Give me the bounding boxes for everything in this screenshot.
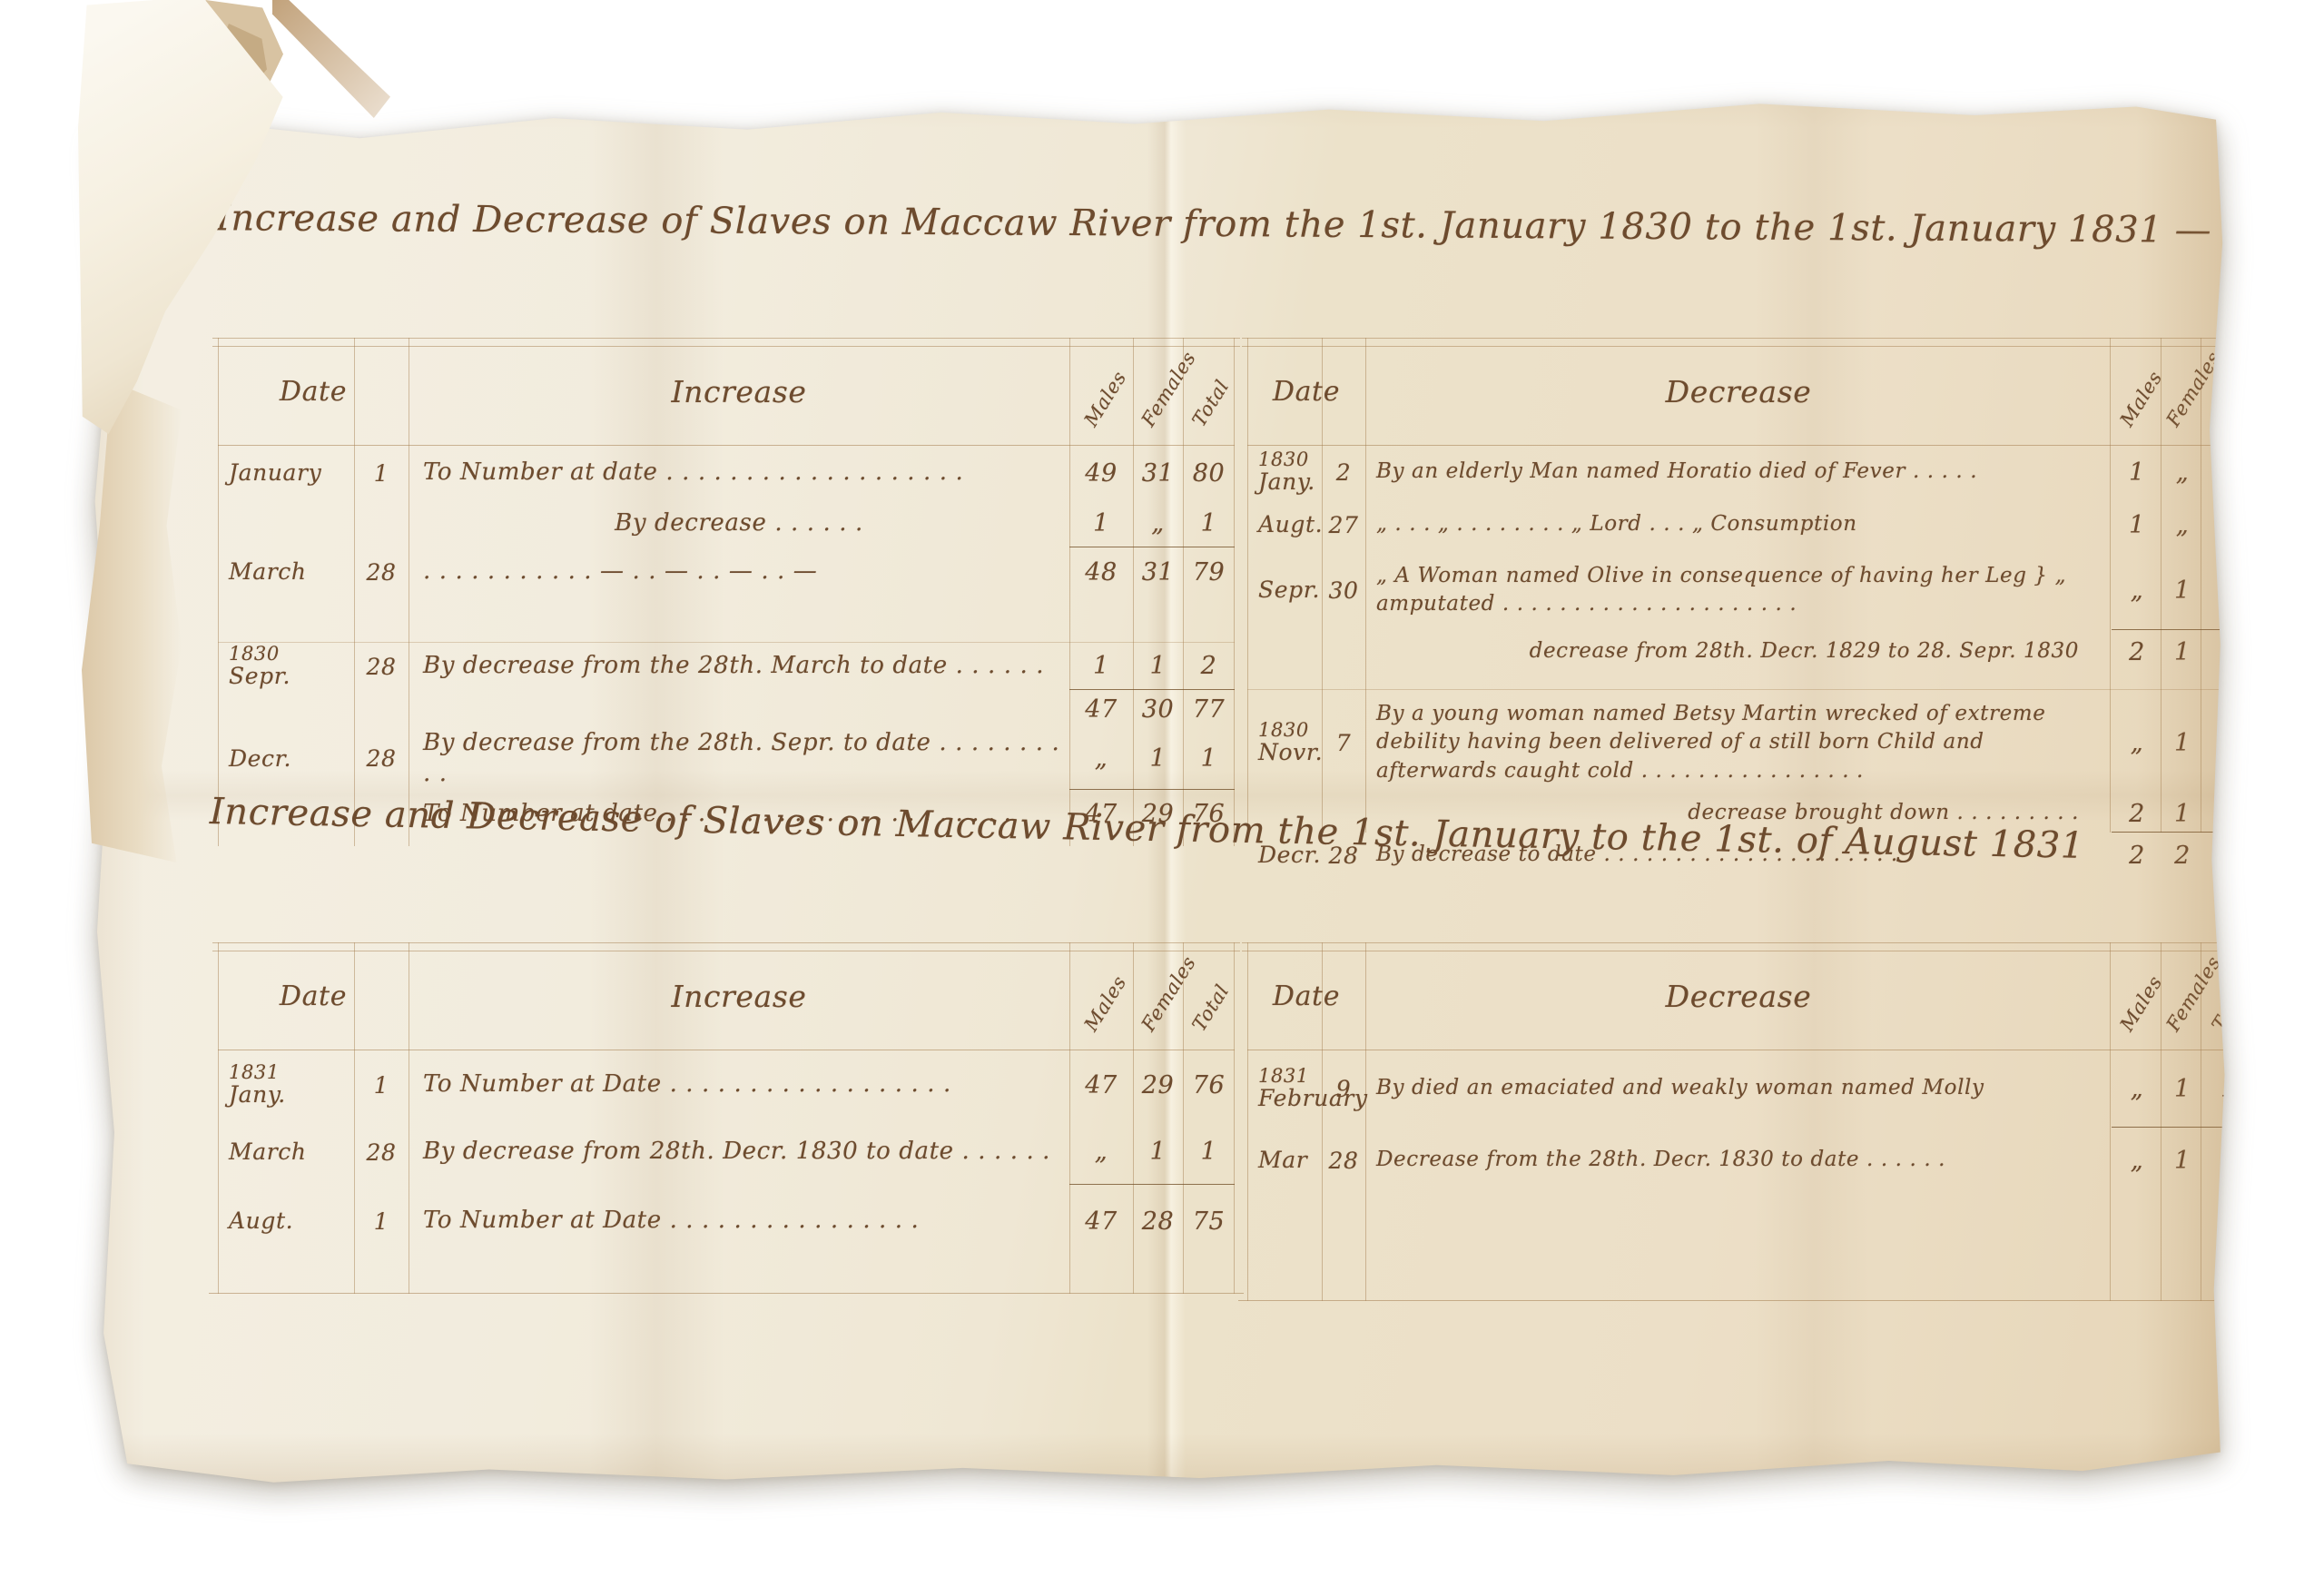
table-top-rule <box>1242 942 2260 943</box>
ledger-row: 1830Novr.7By a young woman named Betsy M… <box>1247 689 2255 795</box>
table-header-row: DateDecreaseMalesFemalesTotals <box>1247 942 2255 1050</box>
date-cell: Mar <box>1247 1127 1322 1194</box>
ledger-row: 473077 <box>218 690 1235 728</box>
table-bottom-rule <box>209 1293 1244 1294</box>
day-cell <box>354 690 409 728</box>
males-cell: 1 <box>2112 446 2162 498</box>
date-column-header: Date <box>1247 942 1365 1050</box>
month-label: Augt. <box>1258 513 1322 537</box>
description-column-header: Decrease <box>1365 338 2112 445</box>
date-cell <box>1247 629 1322 675</box>
year-label: 1830 <box>229 645 354 664</box>
ledger-row: 1831Jany.1To Number at Date . . . . . . … <box>218 1050 1235 1119</box>
males-column-label: Males <box>2116 368 2167 430</box>
total-cell: 1 <box>2202 1050 2255 1127</box>
description-cell: By decrease . . . . . . <box>409 500 1069 547</box>
females-cell: 1 <box>2162 690 2202 795</box>
month-label: March <box>229 560 354 584</box>
date-cell: March <box>218 1119 354 1185</box>
ledger-row: 1830Sepr.28By decrease from the 28th. Ma… <box>218 642 1235 690</box>
ledger-row: Mar28Decrease from the 28th. Decr. 1830 … <box>1247 1127 2255 1194</box>
total-cell: 1 <box>1183 500 1235 547</box>
total-cell: 4 <box>2202 832 2255 879</box>
males-column-header: Males <box>2112 942 2162 1050</box>
day-cell: 1 <box>354 446 409 500</box>
description-cell: By decrease from the 28th. Sepr. to date… <box>409 728 1069 790</box>
table-header-row: DateDecreaseMalesFemalesTotal <box>1247 338 2255 446</box>
females-cell: 1 <box>2162 629 2202 675</box>
day-cell: 28 <box>354 728 409 790</box>
total-cell: 1 <box>2202 690 2255 795</box>
total-cell: 3 <box>2202 795 2255 832</box>
day-cell: 1 <box>354 1050 409 1119</box>
ledger-document-paper: Increase and Decrease of Slaves on Macca… <box>80 71 2233 1505</box>
total-cell: 79 <box>1183 547 1235 596</box>
description-cell: Decrease from the 28th. Decr. 1830 to da… <box>1365 1127 2112 1194</box>
month-label: Sepr. <box>1258 578 1322 602</box>
ledger-row: By decrease . . . . . .1„1 <box>218 500 1235 547</box>
day-cell: 27 <box>1322 498 1365 551</box>
date-cell: Sepr. <box>1247 551 1322 629</box>
males-cell: „ <box>2112 690 2162 795</box>
date-cell: 1830Novr. <box>1247 690 1322 795</box>
males-cell: „ <box>2112 1127 2162 1194</box>
total-cell: 1 <box>2202 498 2255 551</box>
date-cell: Decr. <box>218 728 354 790</box>
total-cell: 80 <box>1183 446 1235 500</box>
total-cell: 3 <box>2202 629 2255 675</box>
total-column-header: Totals <box>2202 942 2255 1050</box>
table-column-rule <box>2252 338 2253 833</box>
total-cell: 1 <box>1183 1119 1235 1185</box>
month-label: Sepr. <box>229 665 354 688</box>
description-cell: By a young woman named Betsy Martin wrec… <box>1365 690 2112 795</box>
females-cell: 2 <box>2162 832 2202 879</box>
description-cell: decrease from 28th. Decr. 1829 to 28. Se… <box>1365 629 2112 675</box>
date-column-header: Date <box>1247 338 1365 445</box>
females-cell: „ <box>2162 446 2202 498</box>
day-cell: 28 <box>354 547 409 596</box>
males-cell: 47 <box>1069 1185 1133 1257</box>
day-cell: 28 <box>1322 1127 1365 1194</box>
females-column-label: Females <box>2162 348 2224 430</box>
date-cell: March <box>218 547 354 596</box>
males-cell: 47 <box>1069 690 1133 728</box>
date-cell: 1831February <box>1247 1050 1322 1127</box>
table-bottom-rule <box>1238 1300 2264 1301</box>
date-column-header: Date <box>218 942 409 1050</box>
description-column-header: Increase <box>409 338 1069 445</box>
table-top-rule <box>1242 951 2260 951</box>
month-label: January <box>229 461 354 485</box>
females-cell: 1 <box>2162 795 2202 832</box>
total-cell: 77 <box>1183 690 1235 728</box>
females-column-header: Females <box>2162 942 2202 1050</box>
year-label: 1830 <box>1258 450 1322 469</box>
table-1830-increase: DateIncreaseMalesFemalesTotalJanuary1To … <box>218 338 1235 846</box>
males-column-header: Males <box>2112 338 2162 445</box>
females-column-header: Females <box>2162 338 2202 445</box>
males-cell: 2 <box>2112 629 2162 675</box>
date-cell: 1830Jany. <box>1247 446 1322 498</box>
description-cell: . . . . . . . . . . . — . . — . . — . . … <box>409 547 1069 596</box>
date-cell: January <box>218 446 354 500</box>
description-cell: To Number at Date . . . . . . . . . . . … <box>409 1185 1069 1257</box>
ledger-row: Decr.28By decrease from the 28th. Sepr. … <box>218 728 1235 790</box>
females-cell: 31 <box>1133 446 1183 500</box>
date-cell <box>218 500 354 547</box>
females-cell: 1 <box>1133 1119 1183 1185</box>
table-header-row: DateIncreaseMalesFemalesTotal <box>218 338 1235 446</box>
males-column-header: Males <box>1069 338 1133 445</box>
description-cell: To Number at date . . . . . . . . . . . … <box>409 446 1069 500</box>
males-cell: 1 <box>1069 500 1133 547</box>
day-cell: 9 <box>1322 1050 1365 1127</box>
females-cell: 30 <box>1133 690 1183 728</box>
males-cell: 47 <box>1069 1050 1133 1119</box>
year-label: 1831 <box>229 1063 354 1082</box>
ledger-row: Augt.27„ . . . „ . . . . . . . . „ Lord … <box>1247 498 2255 551</box>
males-cell: „ <box>2112 1050 2162 1127</box>
total-column-label: Total <box>1187 981 1233 1035</box>
table-1831-decrease: DateDecreaseMalesFemalesTotals1831Februa… <box>1247 942 2255 1301</box>
month-label: Jany. <box>229 1083 354 1107</box>
ledger-row: Sepr.30„ A Woman named Olive in conseque… <box>1247 551 2255 629</box>
month-label: Augt. <box>229 1209 354 1233</box>
females-cell: 1 <box>1133 643 1183 690</box>
description-column-header: Increase <box>409 942 1069 1050</box>
total-column-label: Totals <box>2208 971 2259 1035</box>
total-cell: 1 <box>2202 1127 2255 1194</box>
total-cell: 75 <box>1183 1185 1235 1257</box>
date-column-header: Date <box>218 338 409 445</box>
description-cell: „ A Woman named Olive in consequence of … <box>1365 551 2112 629</box>
females-cell: 29 <box>1133 1050 1183 1119</box>
table-top-rule <box>1242 338 2260 339</box>
males-cell: 2 <box>2112 832 2162 879</box>
description-cell: By died an emaciated and weakly woman na… <box>1365 1050 2112 1127</box>
month-label: Jany. <box>1258 470 1322 494</box>
month-label: March <box>229 1140 354 1164</box>
month-label: February <box>1258 1087 1322 1110</box>
section1-title: Increase and Decrease of Slaves on Macca… <box>216 197 2211 251</box>
table-header-row: DateIncreaseMalesFemalesTotal <box>218 942 1235 1050</box>
date-cell: Augt. <box>1247 498 1322 551</box>
ledger-row: January1To Number at date . . . . . . . … <box>218 446 1235 500</box>
ledger-row: 1831February9By died an emaciated and we… <box>1247 1050 2255 1127</box>
document-sheet-wrap: Increase and Decrease of Slaves on Macca… <box>0 0 2324 1577</box>
males-cell: „ <box>2112 551 2162 629</box>
photo-background: Increase and Decrease of Slaves on Macca… <box>0 0 2324 1577</box>
males-column-label: Males <box>2116 972 2167 1035</box>
table-1831-increase: DateIncreaseMalesFemalesTotal1831Jany.1T… <box>218 942 1235 1294</box>
total-cell: 1 <box>2202 551 2255 629</box>
description-cell: By decrease from 28th. Decr. 1830 to dat… <box>409 1119 1069 1185</box>
total-cell: 1 <box>2202 446 2255 498</box>
year-label: 1830 <box>1258 721 1322 740</box>
date-cell <box>218 690 354 728</box>
ledger-row: March28. . . . . . . . . . . — . . — . .… <box>218 547 1235 596</box>
ledger-row: March28By decrease from 28th. Decr. 1830… <box>218 1119 1235 1185</box>
description-cell <box>409 690 1069 728</box>
description-cell: To Number at Date . . . . . . . . . . . … <box>409 1050 1069 1119</box>
total-cell: 2 <box>1183 643 1235 690</box>
description-cell: „ . . . „ . . . . . . . . „ Lord . . . „… <box>1365 498 2112 551</box>
females-column-header: Females <box>1133 338 1183 445</box>
males-column-label: Males <box>1079 368 1130 430</box>
description-cell: By an elderly Man named Horatio died of … <box>1365 446 2112 498</box>
females-column-header: Females <box>1133 942 1183 1050</box>
females-cell: 31 <box>1133 547 1183 596</box>
males-column-label: Males <box>1079 972 1130 1035</box>
males-column-header: Males <box>1069 942 1133 1050</box>
ledger-row: 1830Jany.2By an elderly Man named Horati… <box>1247 446 2255 498</box>
total-column-label: Total <box>1187 376 1233 430</box>
day-cell: 7 <box>1322 690 1365 795</box>
day-cell: 30 <box>1322 551 1365 629</box>
females-cell: „ <box>2162 498 2202 551</box>
description-cell: By decrease from the 28th. March to date… <box>409 643 1069 690</box>
males-cell: 49 <box>1069 446 1133 500</box>
day-cell: 2 <box>1322 446 1365 498</box>
total-column-header: Total <box>2202 338 2255 445</box>
month-label: Decr. <box>229 747 354 771</box>
date-cell: 1831Jany. <box>218 1050 354 1119</box>
females-cell: 1 <box>2162 551 2202 629</box>
total-cell: 1 <box>1183 728 1235 790</box>
total-column-label: Total <box>2208 376 2253 430</box>
year-label: 1831 <box>1258 1067 1322 1086</box>
day-cell: 28 <box>354 1119 409 1185</box>
males-cell: 2 <box>2112 795 2162 832</box>
table-column-rule <box>2252 942 2253 1301</box>
date-cell: 1830Sepr. <box>218 643 354 690</box>
month-label: Mar <box>1258 1148 1322 1172</box>
males-cell: 48 <box>1069 547 1133 596</box>
males-cell: „ <box>1069 728 1133 790</box>
females-cell: 1 <box>2162 1127 2202 1194</box>
ledger-row: decrease from 28th. Decr. 1829 to 28. Se… <box>1247 629 2255 675</box>
table-1830-decrease: DateDecreaseMalesFemalesTotal1830Jany.2B… <box>1247 338 2255 833</box>
ledger-row: Augt.1To Number at Date . . . . . . . . … <box>218 1185 1235 1257</box>
males-cell: 1 <box>1069 643 1133 690</box>
total-cell: 76 <box>1183 1050 1235 1119</box>
females-cell: „ <box>1133 500 1183 547</box>
table-top-rule <box>1242 346 2260 347</box>
day-cell: 1 <box>354 1185 409 1257</box>
day-cell: 28 <box>354 643 409 690</box>
females-cell: 28 <box>1133 1185 1183 1257</box>
description-column-header: Decrease <box>1365 942 2112 1050</box>
females-cell: 1 <box>1133 728 1183 790</box>
total-column-header: Total <box>1183 942 1235 1050</box>
day-cell <box>1322 629 1365 675</box>
males-cell: 1 <box>2112 498 2162 551</box>
date-cell: Augt. <box>218 1185 354 1257</box>
females-cell: 1 <box>2162 1050 2202 1127</box>
males-cell: „ <box>1069 1119 1133 1185</box>
day-cell <box>354 500 409 547</box>
month-label: Novr. <box>1258 741 1322 764</box>
total-column-header: Total <box>1183 338 1235 445</box>
